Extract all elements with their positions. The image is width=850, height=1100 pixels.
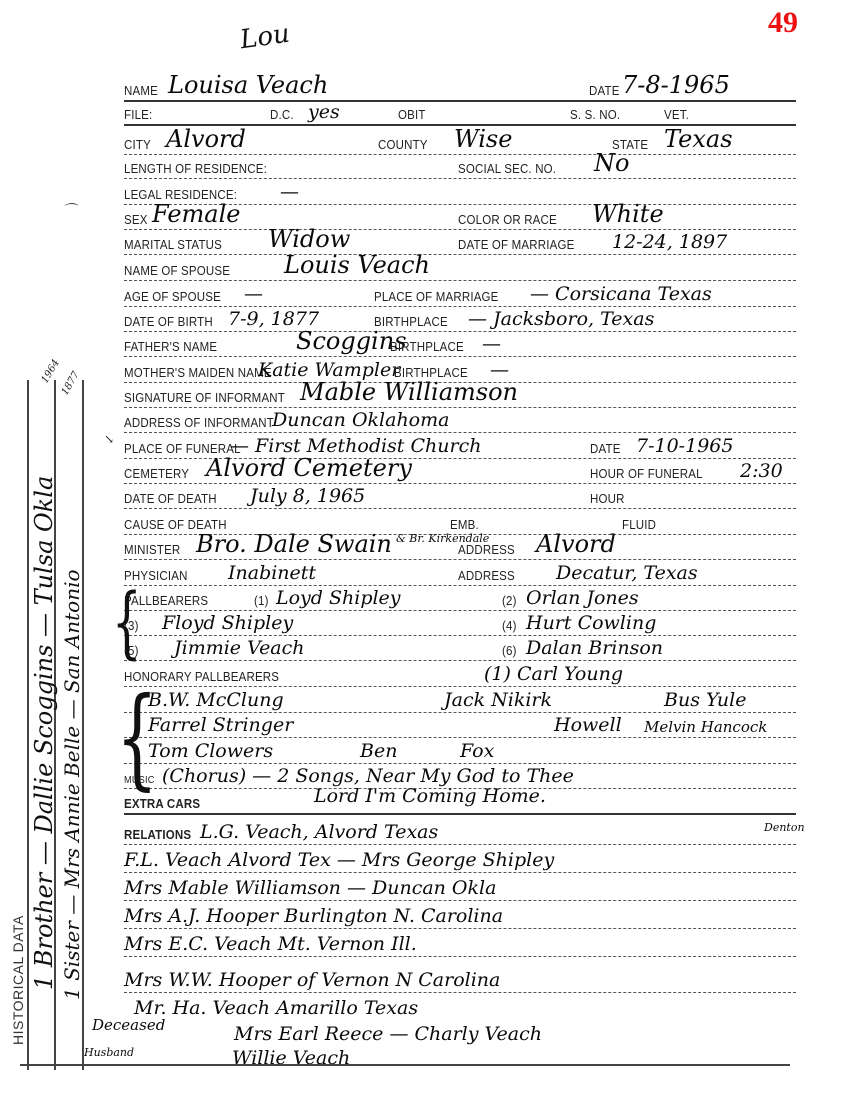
marital-status-label: MARITAL STATUS [124,238,222,252]
pallbearer-name: Floyd Shipley [162,612,293,634]
row-pallbearers-1: PALLBEARERS (1) Loyd Shipley (2) Orlan J… [124,586,796,611]
margin-mark: ⌒ [62,200,76,220]
name-label: NAME [124,84,158,98]
hour-of-funeral-label: HOUR OF FUNERAL [590,467,703,481]
fathers-name-label: FATHER'S NAME [124,340,217,354]
funeral-date-value: 7-10-1965 [636,435,733,457]
nickname: Lou [238,19,291,56]
signature-informant-value: Mable Williamson [300,378,518,406]
name-of-spouse-label: NAME OF SPOUSE [124,264,230,278]
funeral-date-label: DATE [590,442,621,456]
date-of-death-label: DATE OF DEATH [124,492,217,506]
relation-line: Mrs E.C. Veach Mt. Vernon Ill. [124,933,417,955]
honorary-name: Ben [360,740,397,762]
date-label: DATE [589,84,620,98]
row-informant-address: ADDRESS OF INFORMANT Duncan Oklahoma [124,408,796,433]
relation-line: F.L. Veach Alvord Tex — Mrs George Shipl… [124,849,554,871]
row-father: FATHER'S NAME Scoggins BIRTHPLACE — [124,332,796,357]
date-of-death-value: July 8, 1965 [250,485,365,507]
row-honorary-2: Farrel Stringer Howell Melvin Hancock [124,713,796,738]
mothers-maiden-name-label: MOTHER'S MAIDEN NAME [124,366,272,380]
music-value: (Chorus) — 2 Songs, Near My God to Thee [162,765,574,787]
hour-label: HOUR [590,492,625,506]
minister-address-value: Alvord [536,530,616,558]
name-value: Louisa Veach [168,71,328,99]
historical-data-label: HISTORICAL DATA [10,915,26,1045]
birthplace-value: — Jacksboro, Texas [468,308,654,330]
honorary-name: Melvin Hancock [644,718,767,736]
cemetery-label: CEMETERY [124,467,189,481]
state-value: Texas [664,125,733,153]
row-pallbearers-3: (5) Jimmie Veach (6) Dalan Brinson [124,636,796,661]
physician-address-label: ADDRESS [458,569,515,583]
city-label: CITY [124,138,151,152]
pallbearer-num: (6) [502,644,517,658]
honorary-name: Tom Clowers [148,740,273,762]
row-age-spouse: AGE OF SPOUSE — PLACE OF MARRIAGE — Cors… [124,282,796,307]
extra-cars-value: Lord I'm Coming Home. [314,785,546,807]
row-dob: DATE OF BIRTH 7-9, 1877 BIRTHPLACE — Jac… [124,307,796,332]
relations-label: RELATIONS [124,828,191,842]
historical-data-margin: HISTORICAL DATA 1 Brother — Dallie Scogg… [0,380,118,1070]
minister-value: Bro. Dale Swain [196,530,392,558]
emb-label: EMB. [450,518,479,532]
physician-value: Inabinett [228,562,316,584]
relations-right-note: Denton [764,821,805,834]
place-of-marriage-label: PLACE OF MARRIAGE [374,290,499,304]
row-honorary-1: B.W. McClung Jack Nikirk Bus Yule [124,688,796,713]
date-of-marriage-label: DATE OF MARRIAGE [458,238,574,252]
social-sec-value: No [594,149,629,177]
honorary-name: Bus Yule [664,689,746,711]
dc-label: D.C. [270,108,294,122]
county-label: COUNTY [378,138,428,152]
physician-address-value: Decatur, Texas [556,562,698,584]
pallbearer-name: Hurt Cowling [526,612,656,634]
place-of-marriage-value: — Corsicana Texas [530,283,712,305]
age-of-spouse-label: AGE OF SPOUSE [124,290,221,304]
pallbearer-name: Loyd Shipley [276,587,401,609]
row-pallbearers-2: (3) Floyd Shipley (4) Hurt Cowling [124,611,796,636]
relation-line: Mrs Earl Reece — Charly Veach [234,1023,542,1045]
sex-label: SEX [124,213,148,227]
length-of-residence-label: LENGTH OF RESIDENCE: [124,162,267,176]
row-death: DATE OF DEATH July 8, 1965 HOUR [124,484,796,509]
row-physician: PHYSICIAN Inabinett ADDRESS Decatur, Tex… [124,561,796,586]
pallbearer-num: (1) [254,594,269,608]
file-label: FILE: [124,108,152,122]
row-cemetery: CEMETERY Alvord Cemetery HOUR OF FUNERAL… [124,459,796,484]
row-relation-5: Mrs E.C. Veach Mt. Vernon Ill. [124,932,796,957]
row-relations: RELATIONS L.G. Veach, Alvord Texas Dento… [124,820,796,845]
row-informant: SIGNATURE OF INFORMANT Mable Williamson [124,383,796,408]
row-relation-7: Mr. Ha. Veach Amarillo Texas [124,996,796,1020]
row-relation-4: Mrs A.J. Hooper Burlington N. Carolina [124,904,796,929]
relation-line: Mrs W.W. Hooper of Vernon N Carolina [124,969,500,991]
date-value: 7-8-1965 [622,71,730,99]
address-informant-label: ADDRESS OF INFORMANT [124,416,274,430]
historical-line: 1 Sister — Mrs Annie Belle — San Antonio [60,569,84,1000]
margin-line [27,380,29,1070]
row-relation-6: Mrs W.W. Hooper of Vernon N Carolina [124,968,796,993]
name-of-spouse-value: Louis Veach [284,251,430,279]
ss-no-label: S. S. NO. [570,108,620,122]
row-minister: MINISTER Bro. Dale Swain & Br. Kirkendal… [124,535,796,560]
vet-label: VET. [664,108,689,122]
date-of-marriage-value: 12-24, 1897 [612,231,727,253]
row-relation-3: Mrs Mable Williamson — Duncan Okla [124,876,796,901]
date-of-birth-label: DATE OF BIRTH [124,315,213,329]
legal-residence-value: — [280,181,299,203]
color-race-value: White [592,200,664,228]
honorary-first: (1) Carl Young [484,663,623,685]
historical-line: 1 Brother — Dallie Scoggins — Tulsa Okla [30,476,58,990]
address-informant-value: Duncan Oklahoma [272,409,449,431]
row-relation-8: Mrs Earl Reece — Charly Veach [124,1022,796,1046]
relation-line: Mrs A.J. Hooper Burlington N. Carolina [124,905,503,927]
honorary-name: B.W. McClung [148,689,284,711]
cemetery-value: Alvord Cemetery [206,454,412,482]
relation-line: L.G. Veach, Alvord Texas [200,821,438,843]
pallbearer-num: (4) [502,619,517,633]
sex-value: Female [152,200,241,228]
dc-value: yes [308,101,340,123]
row-honorary-3: Tom Clowers Ben Fox [124,739,796,764]
honorary-brace: { [116,682,158,792]
row-city: CITY Alvord COUNTY Wise STATE Texas [124,130,796,155]
fluid-label: FLUID [622,518,656,532]
pallbearer-name: Jimmie Veach [174,637,305,659]
social-sec-label: SOCIAL SEC. NO. [458,162,556,176]
page-number: 49 [768,6,798,40]
row-sex: SEX Female COLOR OR RACE White [124,205,796,230]
pallbearer-name: Orlan Jones [526,587,639,609]
honorary-name: Fox [460,740,494,762]
father-birthplace-label: BIRTHPLACE [390,340,464,354]
pallbearer-name: Dalan Brinson [526,637,663,659]
honorary-name: Jack Nikirk [444,689,552,711]
marital-status-value: Widow [268,225,350,253]
relation-line: Mrs Mable Williamson — Duncan Okla [124,877,496,899]
obit-label: OBIT [398,108,426,122]
pallbearer-num: (2) [502,594,517,608]
honorary-name: Howell [554,714,622,736]
row-marital: MARITAL STATUS Widow DATE OF MARRIAGE 12… [124,230,796,255]
row-residence: LENGTH OF RESIDENCE: SOCIAL SEC. NO. No [124,154,796,179]
color-race-label: COLOR OR RACE [458,213,557,227]
row-relation-2: F.L. Veach Alvord Tex — Mrs George Shipl… [124,848,796,873]
hour-of-funeral-value: 2:30 [740,460,783,482]
row-honorary: HONORARY PALLBEARERS (1) Carl Young [124,662,796,687]
row-spouse: NAME OF SPOUSE Louis Veach [124,256,796,281]
county-value: Wise [454,125,512,153]
row-relation-9: Willie Veach [124,1046,796,1070]
minister-label: MINISTER [124,543,180,557]
minister-address-label: ADDRESS [458,543,515,557]
row-name: NAME Louisa Veach DATE 7-8-1965 [124,76,796,102]
honorary-name: Farrel Stringer [148,714,293,736]
city-value: Alvord [166,125,246,153]
signature-informant-label: SIGNATURE OF INFORMANT [124,391,285,405]
bottom-rule [20,1064,790,1066]
age-of-spouse-value: — [244,283,263,305]
father-birthplace-value: — [482,333,501,355]
row-extra-cars: EXTRA CARS Lord I'm Coming Home. [124,789,796,815]
relation-line: Mr. Ha. Veach Amarillo Texas [134,997,418,1019]
row-file: FILE: D.C. yes OBIT S. S. NO. VET. [124,100,796,126]
